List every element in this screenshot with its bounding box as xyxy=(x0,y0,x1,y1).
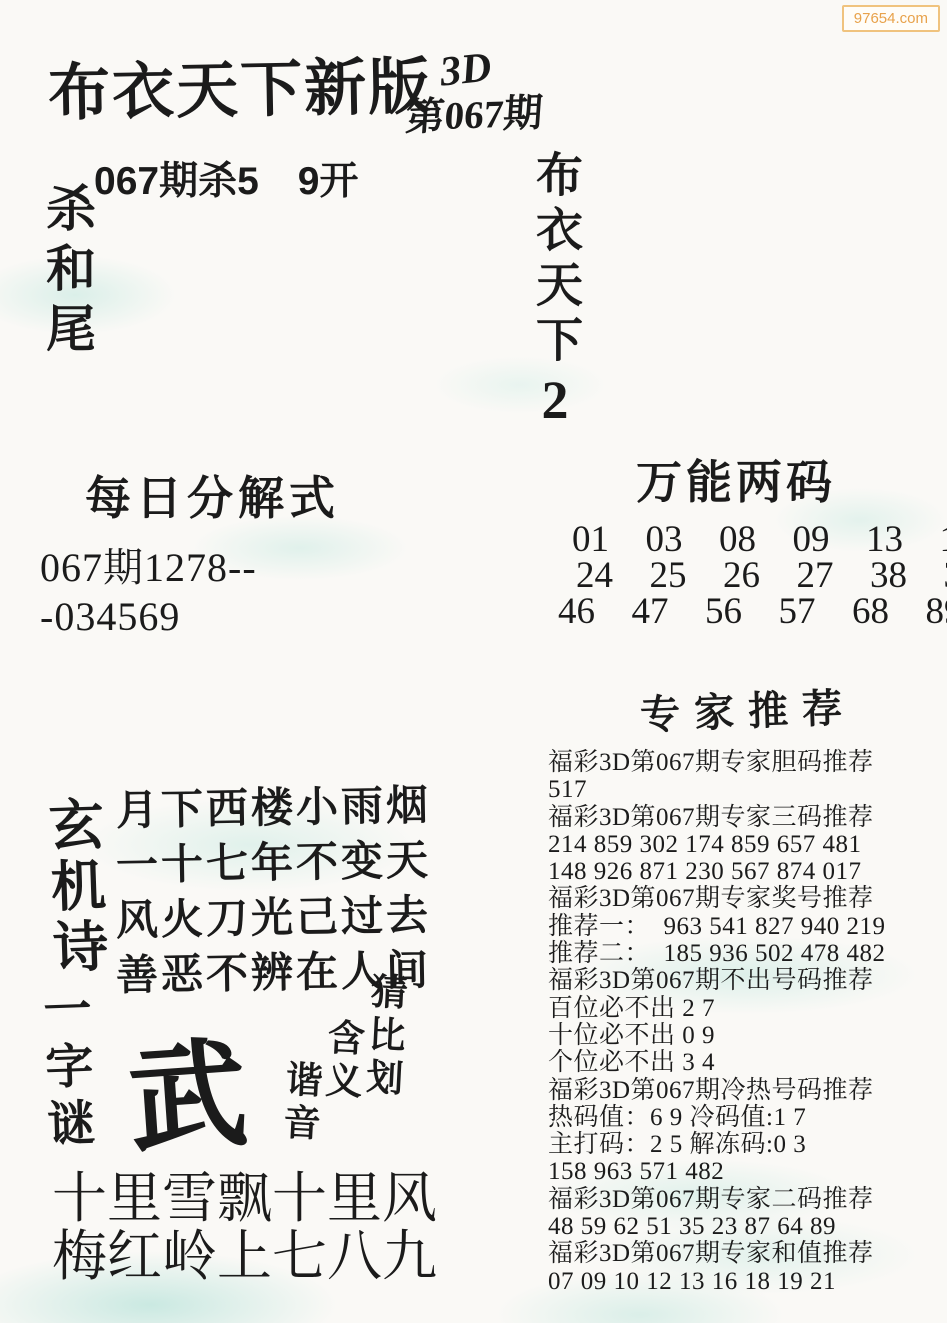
expert-recommendation-line: 推荐二： 185 936 502 478 482 xyxy=(548,940,947,967)
riddle-hint-guess-strokes: 猜比划 xyxy=(361,971,405,1102)
universal-two-codes-grid: 01 03 08 09 13 18 19?24 25 26 27 38 39 4… xyxy=(556,522,916,630)
daily-decomposition-section: 每日分解式 067期1278---034569 xyxy=(40,462,385,640)
brand-column: 布衣天下2 xyxy=(528,150,582,430)
expert-recommendation-line: 214 859 302 174 859 657 481 xyxy=(548,831,947,858)
issue-number: 第067期 xyxy=(404,82,545,143)
expert-recommendation-line: 福彩3D第067期冷热号码推荐 xyxy=(548,1077,947,1104)
riddle-character: 武 xyxy=(122,998,252,1176)
kill-sum-tail-label: 杀和尾 xyxy=(42,182,92,362)
expert-recommendation-line: 148 926 871 230 567 874 017 xyxy=(548,858,947,885)
mystery-poem-line: 风火刀光己过去 xyxy=(116,889,432,949)
bottom-poem-line: 梅红岭上七八九 xyxy=(52,1228,437,1286)
kill-announcement: 067期杀5 9开 xyxy=(94,150,358,206)
expert-recommendation-line: 百位必不出 2 7 xyxy=(548,995,947,1022)
riddle-label: 一字谜 xyxy=(37,983,91,1156)
expert-recommendation-lines: 福彩3D第067期专家胆码推荐517福彩3D第067期专家三码推荐214 859… xyxy=(548,749,947,1295)
expert-recommendation-line: 十位必不出 0 9 xyxy=(548,1022,947,1049)
mystery-poem-line: 月下西楼小雨烟 xyxy=(116,779,432,839)
mystery-poem: 月下西楼小雨烟一十七年不变天风火刀光己过去善恶不辨在人间 xyxy=(116,782,431,1002)
universal-two-codes-title: 万能两码 xyxy=(556,446,916,512)
expert-recommendation-line: 福彩3D第067期专家二码推荐 xyxy=(548,1186,947,1213)
expert-recommendation-line: 主打码：2 5 解冻码:0 3 xyxy=(548,1131,947,1158)
expert-recommendation-line: 福彩3D第067期专家三码推荐 xyxy=(548,804,947,831)
lottery-sheet: { "watermark": "97654.com", "header": { … xyxy=(0,0,947,1323)
expert-recommendation-line: 07 09 10 12 13 16 18 19 21 xyxy=(548,1268,947,1295)
universal-codes-row: 46 47 56 57 68 89 xyxy=(556,594,916,630)
bottom-poem-line: 十里雪飘十里风 xyxy=(52,1170,437,1228)
universal-two-codes-section: 万能两码 01 03 08 09 13 18 19?24 25 26 27 38… xyxy=(556,446,916,630)
riddle-hint-homophone: 谐音 xyxy=(278,1059,319,1147)
expert-recommendation-line: 福彩3D第067期专家胆码推荐 xyxy=(548,749,947,776)
expert-recommendation-line: 福彩3D第067期不出号码推荐 xyxy=(548,967,947,994)
site-watermark: 97654.com xyxy=(842,5,940,32)
expert-recommendation-line: 个位必不出 3 4 xyxy=(548,1049,947,1076)
brand-column-text: 布衣天下 xyxy=(529,150,581,370)
page-title: 布衣天下新版 xyxy=(47,37,433,133)
riddle-hint-meaning: 含义 xyxy=(320,1017,361,1105)
brand-column-number: 2 xyxy=(525,370,585,430)
expert-recommendation-title: 专家推荐 xyxy=(547,673,947,744)
expert-recommendation-line: 517 xyxy=(548,776,947,803)
universal-codes-row: 24 25 26 27 38 39 45? xyxy=(556,558,916,594)
daily-decomposition-formula: 067期1278---034569 xyxy=(40,536,385,640)
expert-recommendation-line: 福彩3D第067期专家奖号推荐 xyxy=(548,885,947,912)
expert-recommendation-line: 48 59 62 51 35 23 87 64 89 xyxy=(548,1213,947,1240)
bottom-poem: 十里雪飘十里风梅红岭上七八九 xyxy=(52,1170,437,1286)
mystery-poem-label: 玄机诗 xyxy=(43,795,104,980)
universal-codes-row: 01 03 08 09 13 18 19? xyxy=(556,522,916,558)
daily-decomposition-title: 每日分解式 xyxy=(40,462,385,528)
expert-recommendation-line: 福彩3D第067期专家和值推荐 xyxy=(548,1240,947,1267)
mystery-poem-line: 一十七年不变天 xyxy=(116,834,432,894)
expert-recommendation-section: 专家推荐 福彩3D第067期专家胆码推荐517福彩3D第067期专家三码推荐21… xyxy=(548,680,947,1295)
expert-recommendation-line: 推荐一： 963 541 827 940 219 xyxy=(548,913,947,940)
expert-recommendation-line: 热码值：6 9 冷码值:1 7 xyxy=(548,1104,947,1131)
expert-recommendation-line: 158 963 571 482 xyxy=(548,1158,947,1185)
